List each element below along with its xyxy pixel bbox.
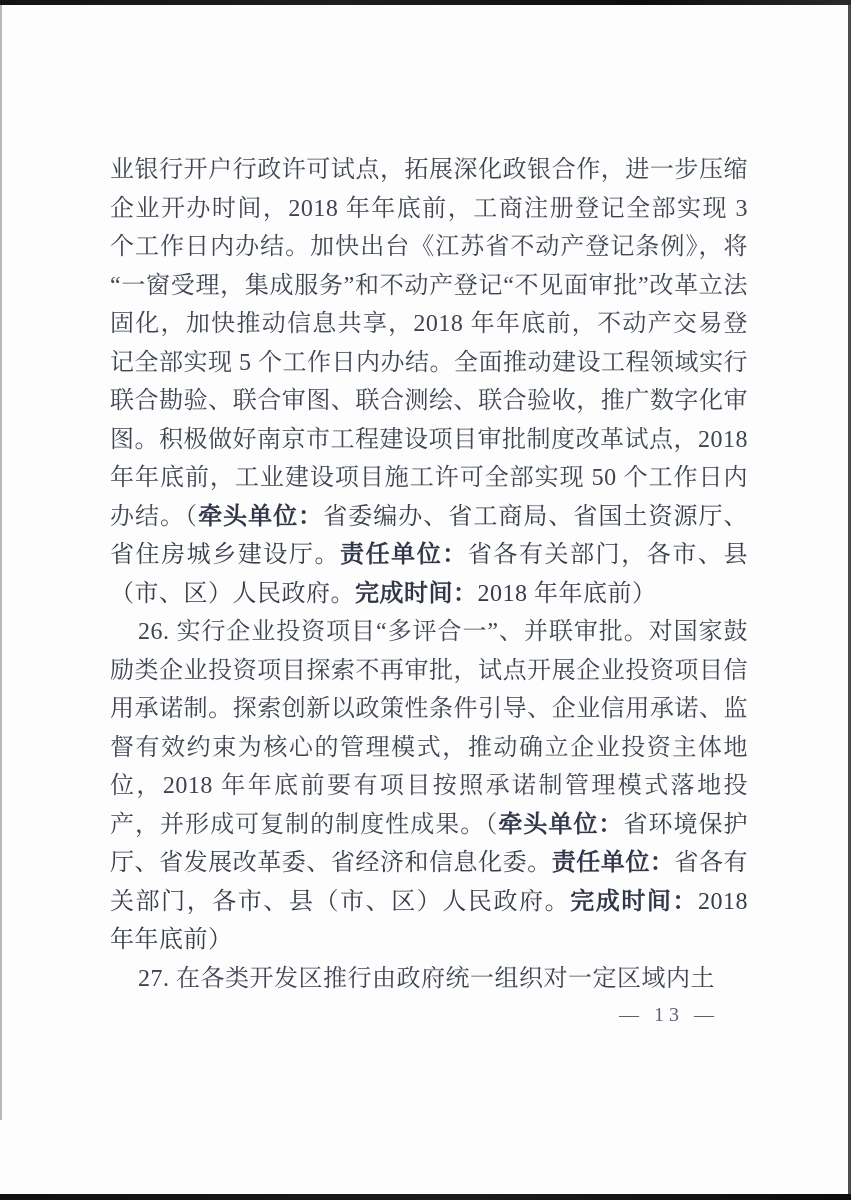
text-segment-label: 牵头单位：: [198, 504, 323, 530]
scan-edge-left: [0, 5, 2, 1120]
text-segment-label: 牵头单位：: [498, 812, 623, 838]
scan-edge-top: [0, 0, 851, 5]
text-segment-label: 责任单位：: [552, 850, 675, 876]
scan-edge-bottom: [0, 1194, 851, 1200]
text-segment-label: 责任单位：: [340, 542, 468, 568]
document-page: 业银行开户行政许可试点，拓展深化政银合作，进一步压缩企业开办时间，2018 年年…: [0, 0, 851, 1200]
text-segment-body: 业银行开户行政许可试点，拓展深化政银合作，进一步压缩企业开办时间，2018 年年…: [110, 157, 748, 530]
text-block: 业银行开户行政许可试点，拓展深化政银合作，进一步压缩企业开办时间，2018 年年…: [110, 151, 748, 998]
text-segment-label: 完成时间：: [355, 581, 478, 607]
paragraph-2: 26. 实行企业投资项目“多评合一”、并联审批。对国家鼓励类企业投资项目探索不再…: [110, 613, 748, 960]
text-segment-body: 27. 在各类开发区推行由政府统一组织对一定区域内土: [138, 966, 715, 992]
paragraph-3: 27. 在各类开发区推行由政府统一组织对一定区域内土: [110, 960, 748, 999]
paragraph-1: 业银行开户行政许可试点，拓展深化政银合作，进一步压缩企业开办时间，2018 年年…: [110, 151, 748, 613]
page-number: — 13 —: [619, 1004, 719, 1027]
text-segment-kai: 2018 年年底前）: [478, 581, 657, 607]
text-segment-body: 26. 实行企业投资项目“多评合一”、并联审批。对国家鼓励类企业投资项目探索不再…: [110, 619, 748, 838]
text-segment-label: 完成时间：: [570, 889, 698, 915]
